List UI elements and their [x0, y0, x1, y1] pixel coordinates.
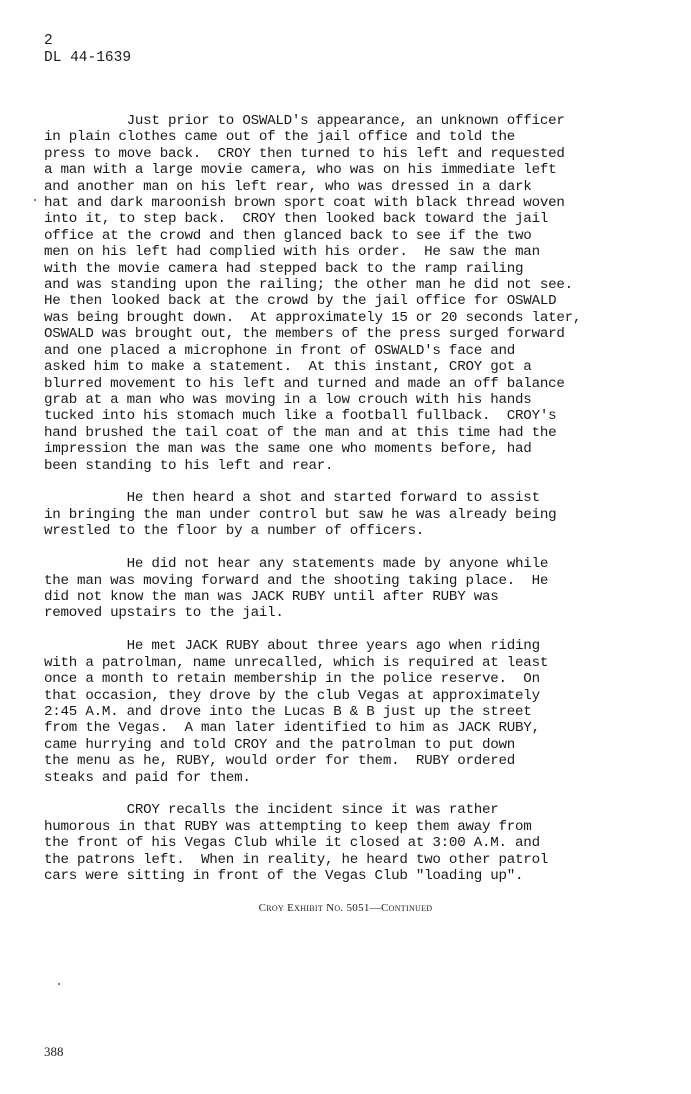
scan-speck	[34, 199, 36, 201]
text-line: removed upstairs to the jail.	[44, 605, 684, 621]
text-line: He did not hear any statements made by a…	[44, 556, 684, 572]
text-line: a man with a large movie camera, who was…	[44, 162, 684, 178]
text-line: from the Vegas. A man later identified t…	[44, 720, 684, 736]
text-line: 2:45 A.M. and drove into the Lucas B & B…	[44, 704, 684, 720]
paragraph: He met JACK RUBY about three years ago w…	[44, 638, 684, 786]
text-line: once a month to retain membership in the…	[44, 671, 684, 687]
text-line: hat and dark maroonish brown sport coat …	[44, 195, 684, 211]
text-line: wrestled to the floor by a number of off…	[44, 523, 684, 539]
document-header: 2 DL 44-1639	[44, 33, 131, 67]
text-line: CROY recalls the incident since it was r…	[44, 802, 684, 818]
text-line: He then heard a shot and started forward…	[44, 490, 684, 506]
document-body: Just prior to OSWALD's appearance, an un…	[44, 113, 684, 901]
paragraph: Just prior to OSWALD's appearance, an un…	[44, 113, 684, 474]
text-line: into it, to step back. CROY then looked …	[44, 211, 684, 227]
text-line: came hurrying and told CROY and the patr…	[44, 737, 684, 753]
text-line: the man was moving forward and the shoot…	[44, 573, 684, 589]
text-line: men on his left had complied with his or…	[44, 244, 684, 260]
text-line: was being brought down. At approximately…	[44, 310, 684, 326]
exhibit-caption: Croy Exhibit No. 5051—Continued	[0, 902, 691, 914]
text-line: hand brushed the tail coat of the man an…	[44, 425, 684, 441]
page-number: 388	[44, 1044, 64, 1060]
text-line: office at the crowd and then glanced bac…	[44, 228, 684, 244]
text-line: OSWALD was brought out, the members of t…	[44, 326, 684, 342]
text-line: grab at a man who was moving in a low cr…	[44, 392, 684, 408]
paragraph: He then heard a shot and started forward…	[44, 490, 684, 539]
text-line: did not know the man was JACK RUBY until…	[44, 589, 684, 605]
text-line: tucked into his stomach much like a foot…	[44, 408, 684, 424]
text-line: in bringing the man under control but sa…	[44, 507, 684, 523]
text-line: press to move back. CROY then turned to …	[44, 146, 684, 162]
paragraph: CROY recalls the incident since it was r…	[44, 802, 684, 884]
text-line: steaks and paid for them.	[44, 770, 684, 786]
text-line: impression the man was the same one who …	[44, 441, 684, 457]
text-line: the menu as he, RUBY, would order for th…	[44, 753, 684, 769]
text-line: and one placed a microphone in front of …	[44, 343, 684, 359]
text-line: and another man on his left rear, who wa…	[44, 179, 684, 195]
text-line: with the movie camera had stepped back t…	[44, 261, 684, 277]
text-line: been standing to his left and rear.	[44, 458, 684, 474]
paragraph: He did not hear any statements made by a…	[44, 556, 684, 622]
file-number: DL 44-1639	[44, 50, 131, 67]
text-line: He met JACK RUBY about three years ago w…	[44, 638, 684, 654]
text-line: with a patrolman, name unrecalled, which…	[44, 655, 684, 671]
scan-speck	[58, 983, 60, 985]
text-line: Just prior to OSWALD's appearance, an un…	[44, 113, 684, 129]
text-line: the front of his Vegas Club while it clo…	[44, 835, 684, 851]
text-line: humorous in that RUBY was attempting to …	[44, 819, 684, 835]
text-line: cars were sitting in front of the Vegas …	[44, 868, 684, 884]
text-line: that occasion, they drove by the club Ve…	[44, 688, 684, 704]
text-line: asked him to make a statement. At this i…	[44, 359, 684, 375]
text-line: He then looked back at the crowd by the …	[44, 293, 684, 309]
text-line: and was standing upon the railing; the o…	[44, 277, 684, 293]
page-index: 2	[44, 33, 131, 50]
text-line: in plain clothes came out of the jail of…	[44, 129, 684, 145]
text-line: blurred movement to his left and turned …	[44, 376, 684, 392]
text-line: the patrons left. When in reality, he he…	[44, 852, 684, 868]
